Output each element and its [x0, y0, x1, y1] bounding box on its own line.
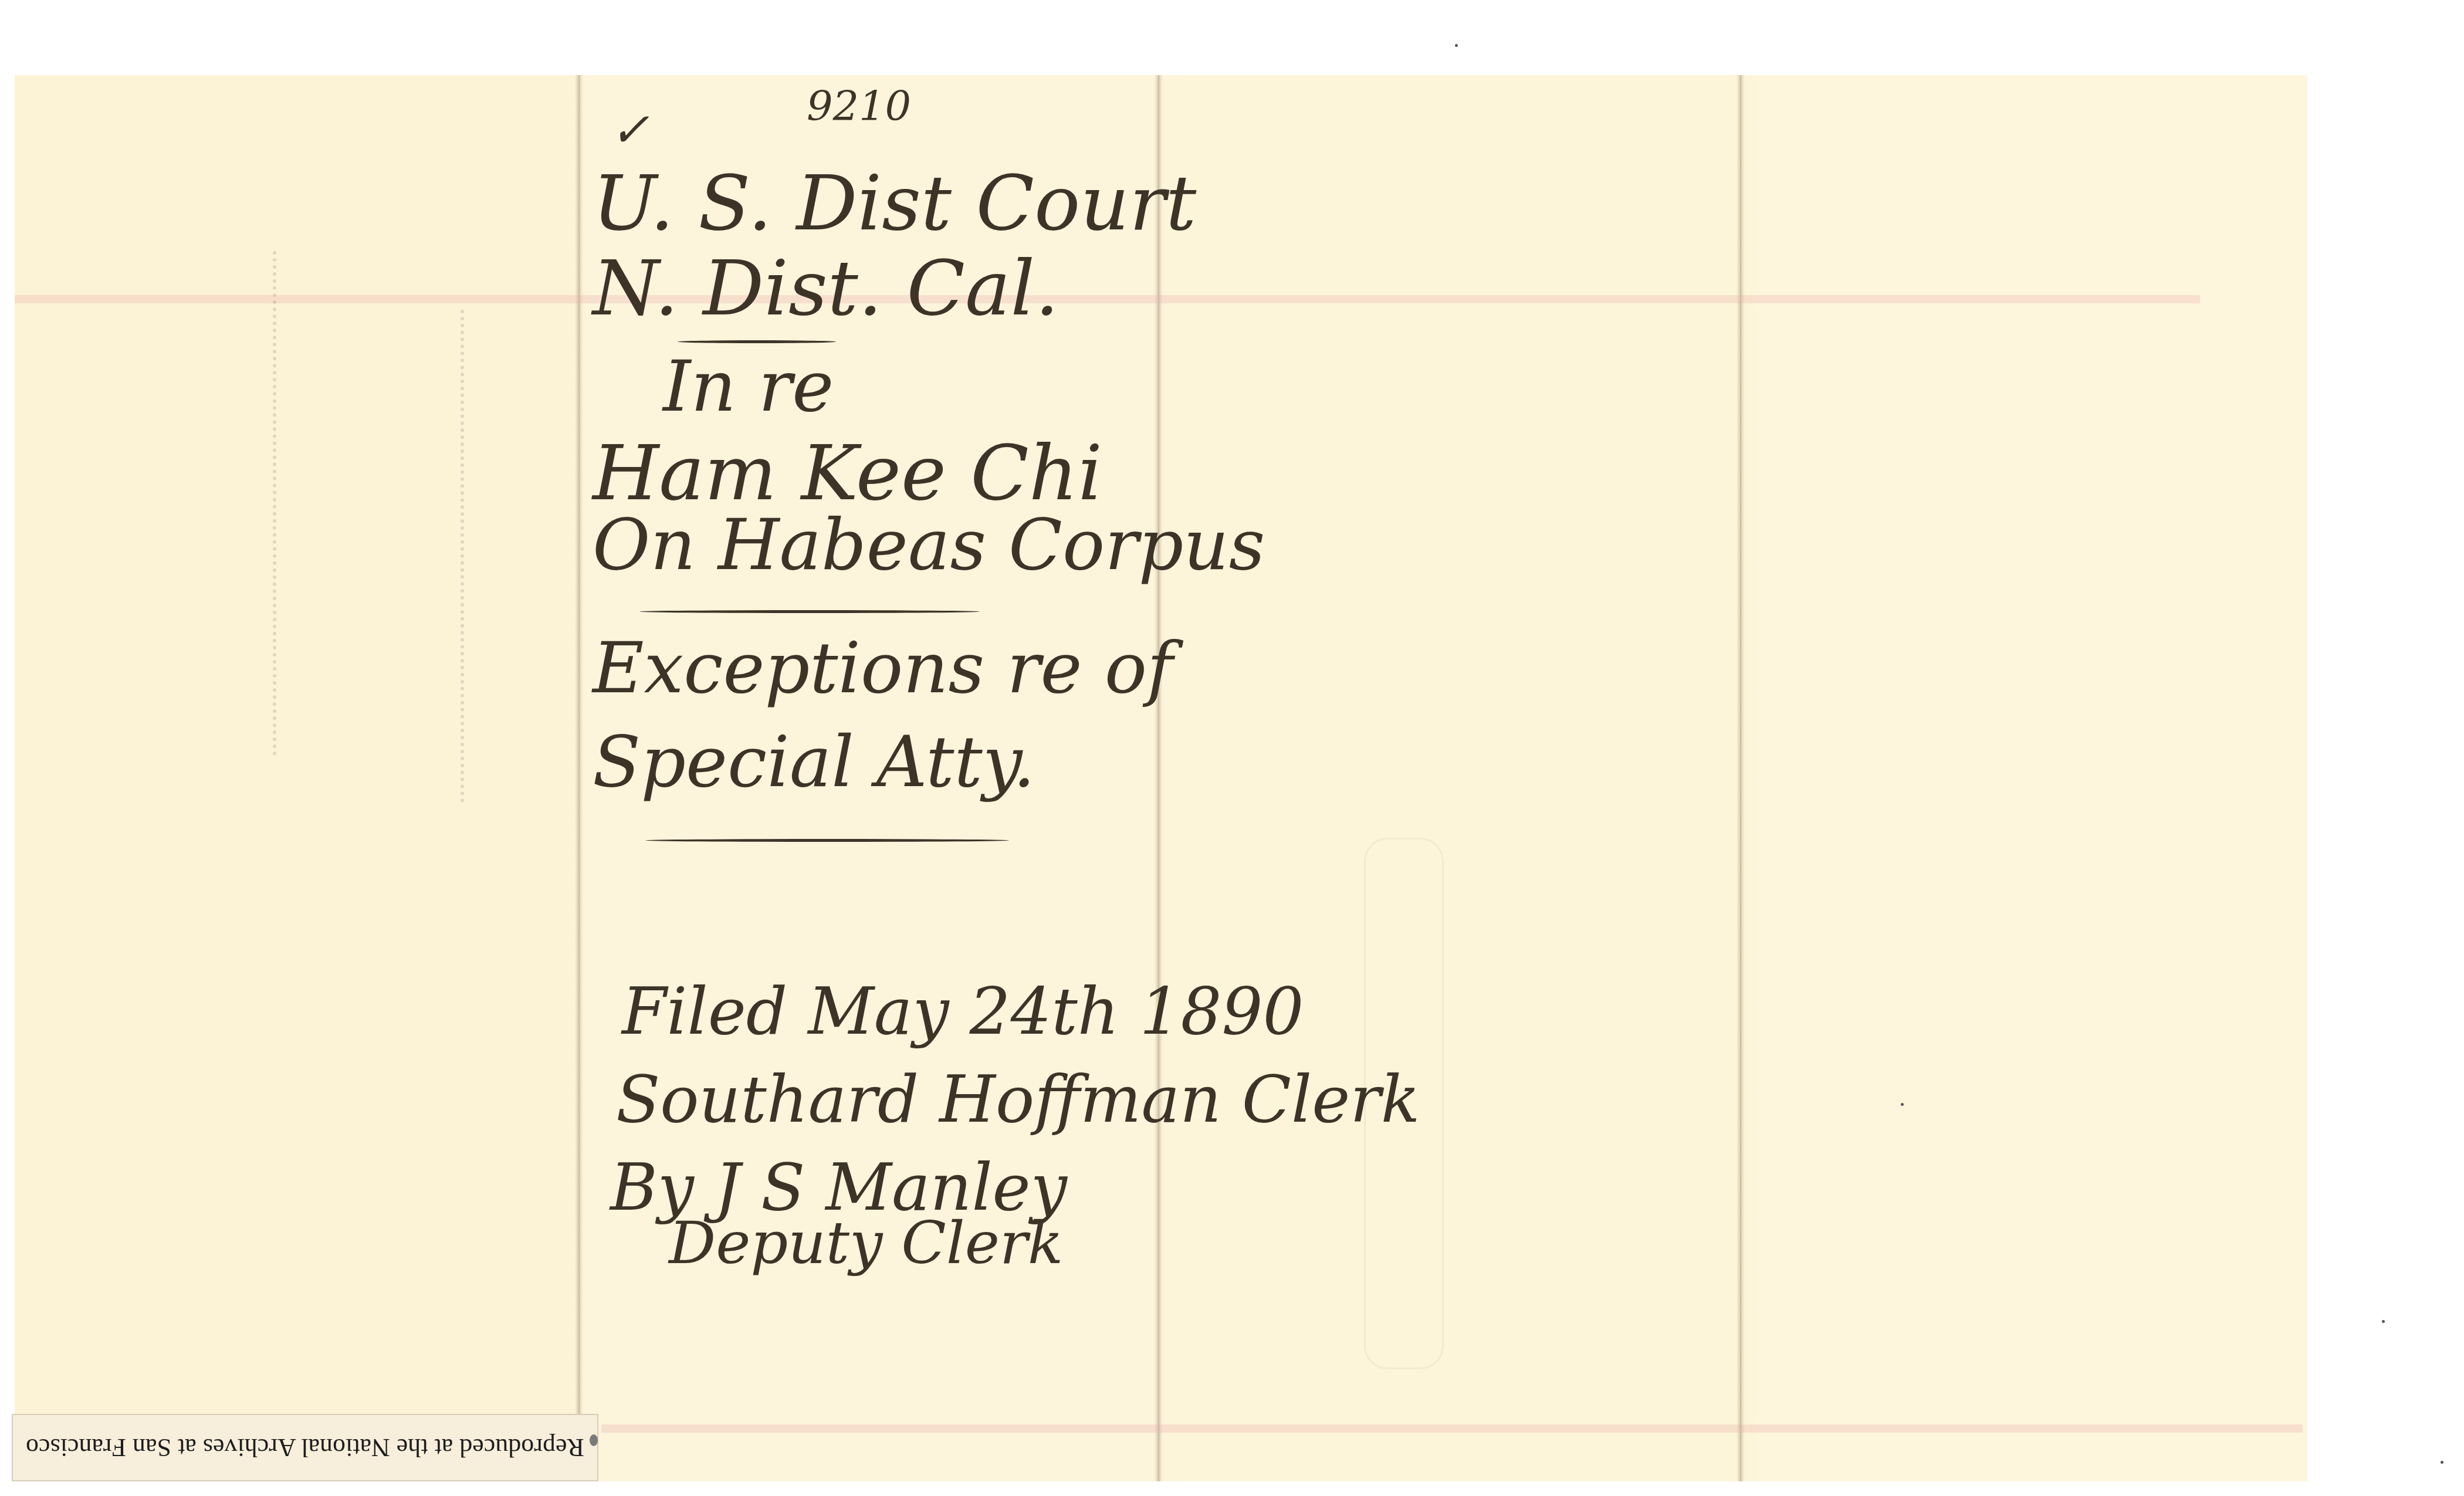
flourish-divider	[645, 839, 1009, 842]
filed-date: Filed May 24th 1890	[622, 974, 1179, 1049]
bleed-through-dotted-line	[461, 310, 469, 803]
bleed-through-dotted-line	[273, 251, 281, 756]
fold-panel-1	[15, 75, 578, 1481]
fold-panel-4	[1754, 75, 2307, 1481]
pink-ruled-line	[601, 1424, 2303, 1433]
tape-mark	[590, 1434, 598, 1446]
court-line-2: N. Dist. Cal.	[593, 243, 1150, 333]
archive-label-text: Reproduced at the National Archives at S…	[26, 1433, 584, 1463]
fold-panel-3	[1170, 75, 1754, 1481]
case-number: 9210	[807, 82, 1364, 130]
dust-speck	[1455, 44, 1458, 47]
clerk-name: Southard Hoffman Clerk	[616, 1062, 1173, 1137]
in-re-label: In re	[663, 346, 1220, 428]
flourish-divider	[678, 340, 836, 343]
fold-line	[575, 75, 583, 1481]
dust-speck	[1901, 1103, 1904, 1106]
deputy-title: Deputy Clerk	[669, 1209, 1226, 1277]
document-title-line-2: Special Atty.	[593, 722, 1150, 803]
dust-speck	[2382, 1320, 2385, 1323]
proceeding-type: On Habeas Corpus	[593, 505, 1150, 586]
document-title-line-1: Exceptions re of	[593, 628, 1150, 709]
dust-speck	[2441, 1461, 2443, 1464]
flourish-divider	[639, 610, 980, 613]
fold-line	[1737, 75, 1745, 1481]
archive-reproduction-label: Reproduced at the National Archives at S…	[12, 1414, 598, 1481]
court-line-1: U. S. Dist Court	[593, 158, 1150, 248]
